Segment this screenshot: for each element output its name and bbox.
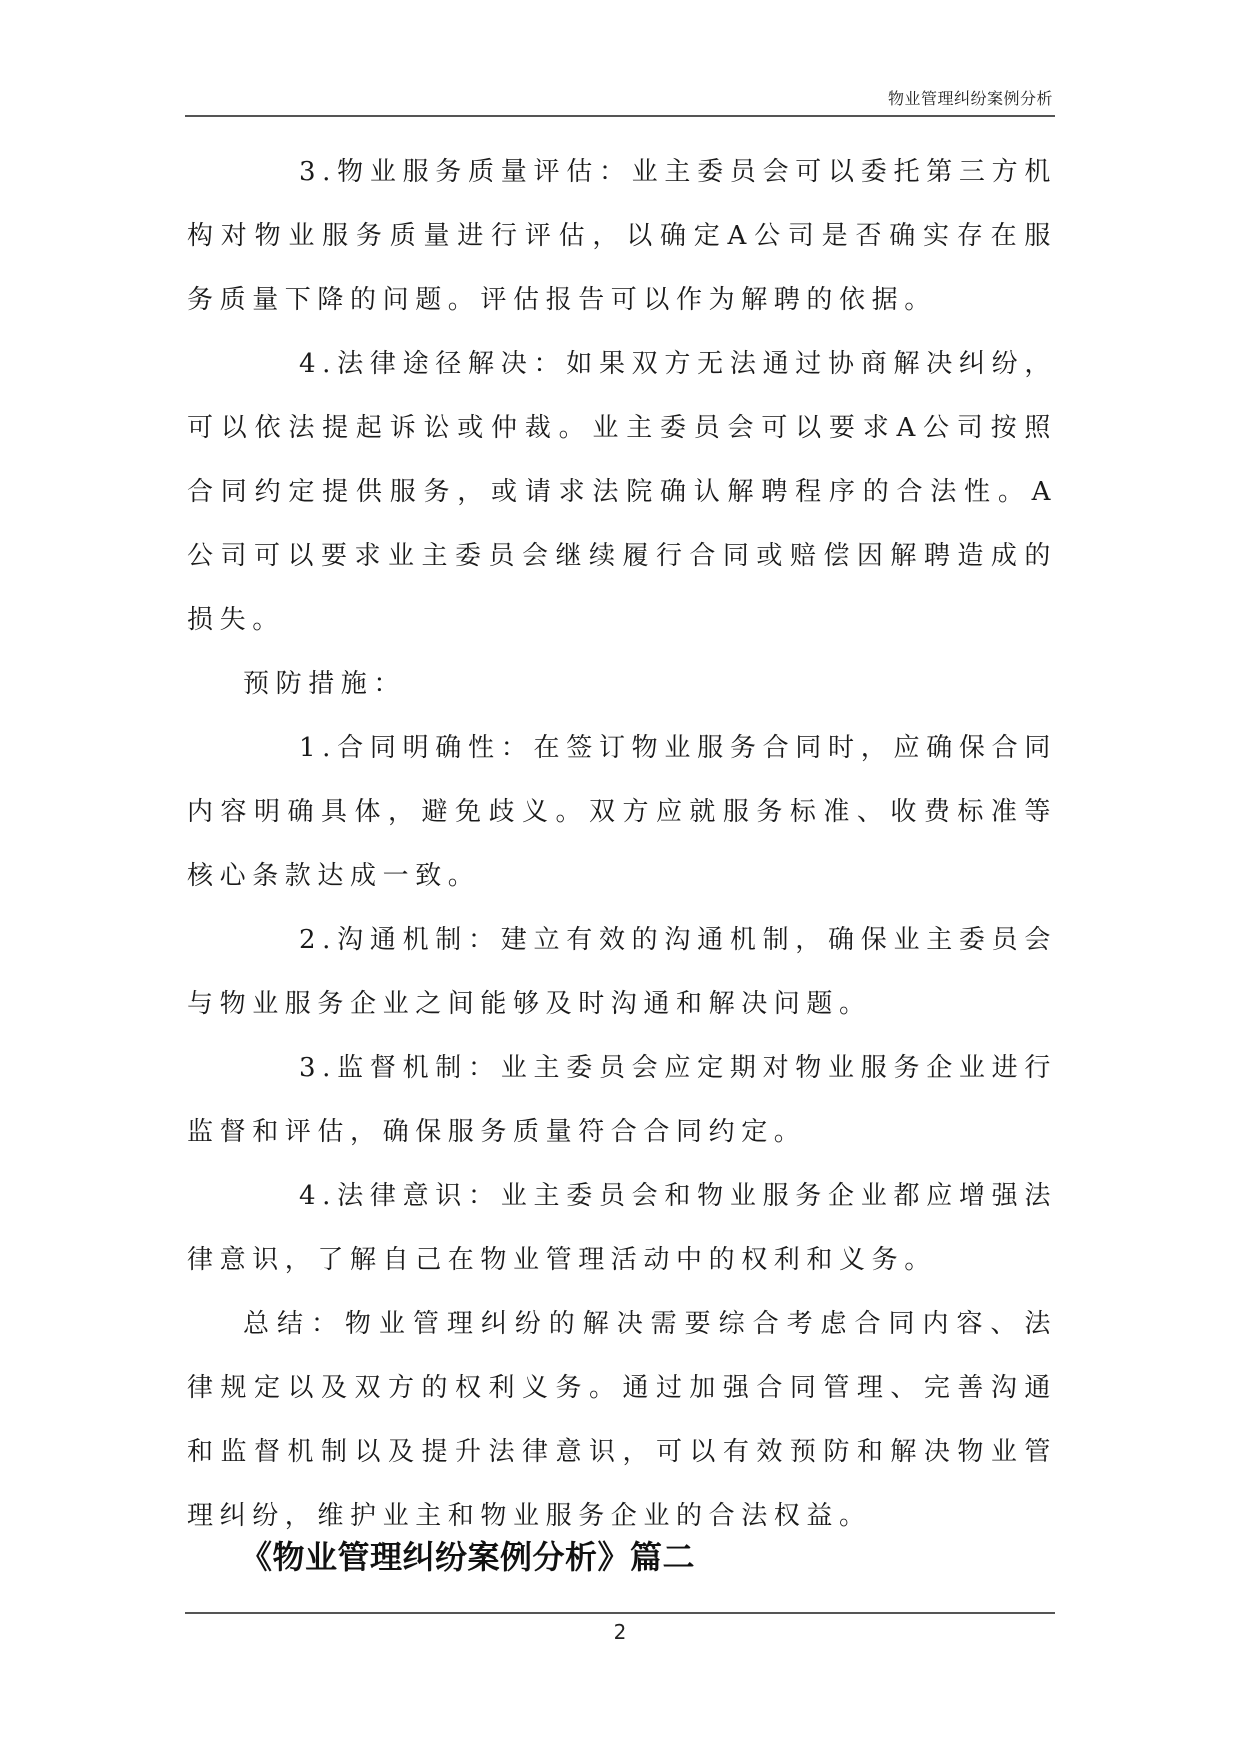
document-body: 3.物业服务质量评估：业主委员会可以委托第三方机构对物业服务质量进行评估，以确定…: [187, 140, 1057, 1548]
paragraph-communication-mechanism: 2.沟通机制：建立有效的沟通机制，确保业主委员会与物业服务企业之间能够及时沟通和…: [187, 908, 1057, 1036]
paragraph-service-quality-evaluation: 3.物业服务质量评估：业主委员会可以委托第三方机构对物业服务质量进行评估，以确定…: [187, 140, 1057, 332]
document-page: 物业管理纠纷案例分析 3.物业服务质量评估：业主委员会可以委托第三方机构对物业服…: [0, 0, 1240, 1753]
page-number: 2: [0, 1620, 1240, 1644]
paragraph-summary: 总结：物业管理纠纷的解决需要综合考虑合同内容、法律规定以及双方的权利义务。通过加…: [187, 1292, 1057, 1548]
footer-divider: [185, 1612, 1055, 1614]
header-divider: [185, 115, 1055, 117]
paragraph-supervision-mechanism: 3.监督机制：业主委员会应定期对物业服务企业进行监督和评估，确保服务质量符合合同…: [187, 1036, 1057, 1164]
paragraph-prevention-heading: 预防措施：: [187, 652, 1057, 716]
running-header-title: 物业管理纠纷案例分析: [888, 86, 1053, 109]
paragraph-legal-awareness: 4.法律意识：业主委员会和物业服务企业都应增强法律意识，了解自己在物业管理活动中…: [187, 1164, 1057, 1292]
section-title: 《物业管理纠纷案例分析》篇二: [240, 1532, 695, 1578]
paragraph-legal-resolution: 4.法律途径解决：如果双方无法通过协商解决纠纷，可以依法提起诉讼或仲裁。业主委员…: [187, 332, 1057, 652]
paragraph-contract-clarity: 1.合同明确性：在签订物业服务合同时，应确保合同内容明确具体，避免歧义。双方应就…: [187, 716, 1057, 908]
